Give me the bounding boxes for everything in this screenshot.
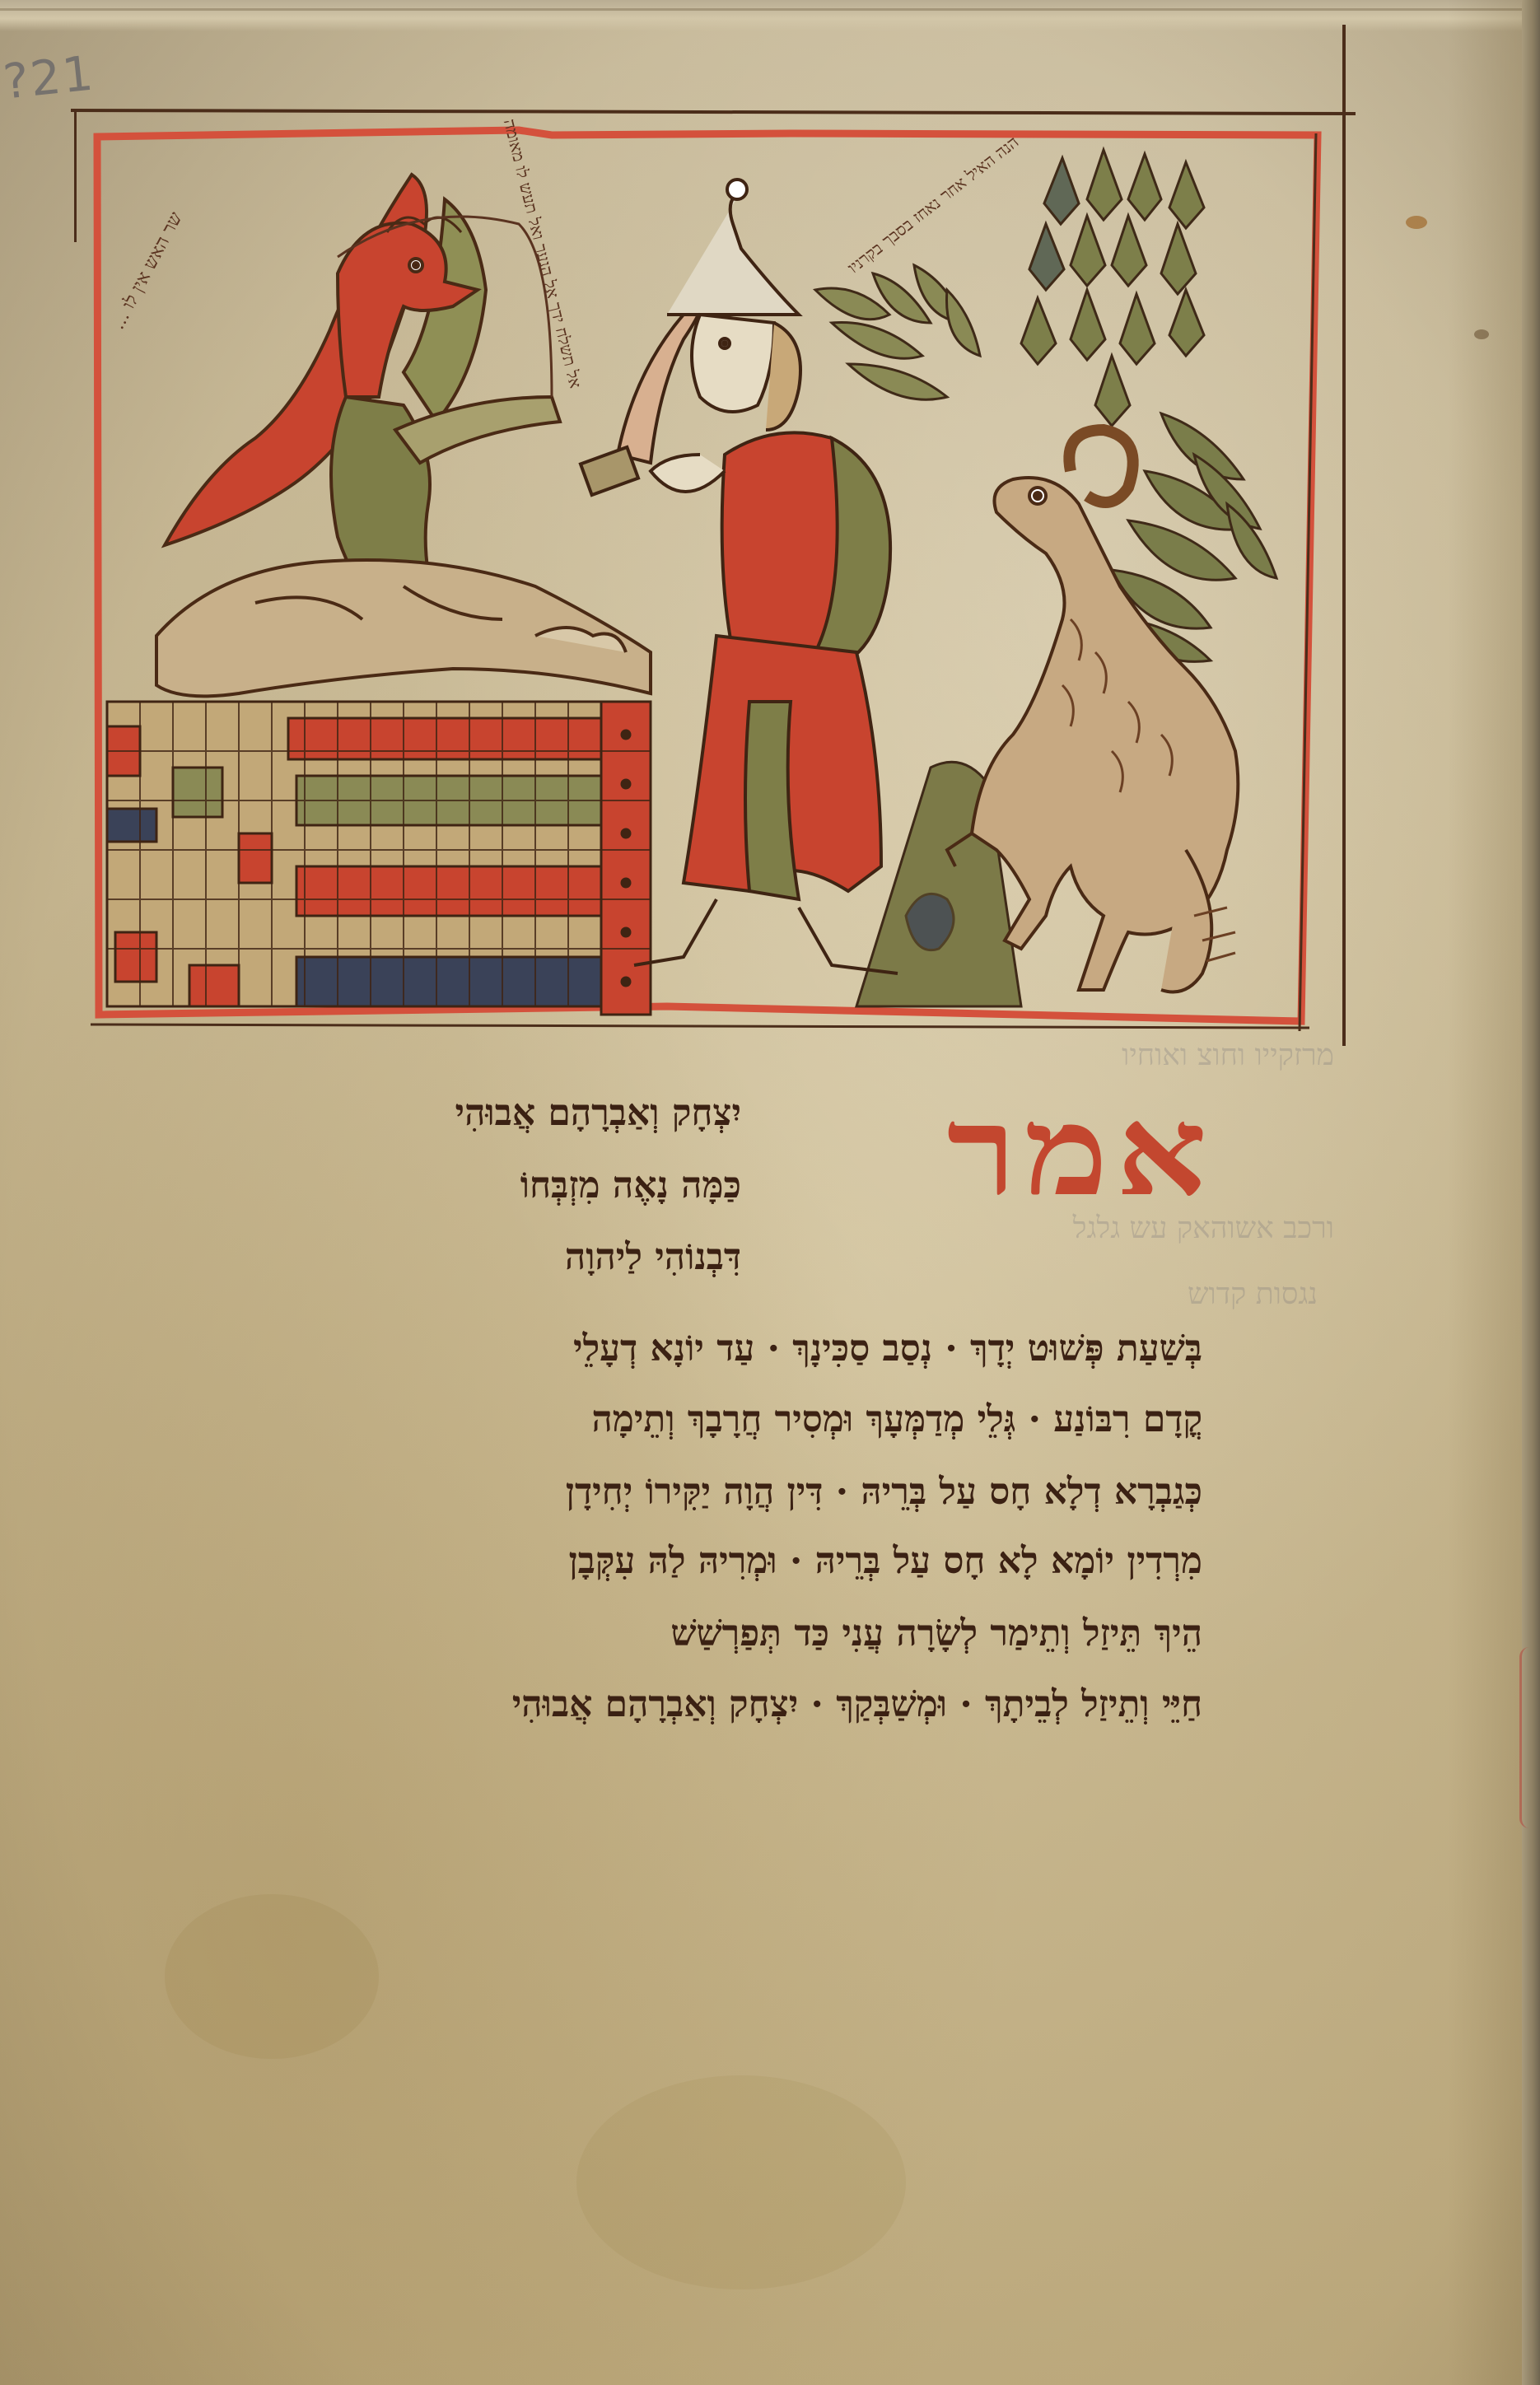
gutter-shadow [1448, 0, 1522, 2385]
show-through-text: מרזקייו וחוצ ואוחיו [988, 1038, 1334, 1072]
altar-icon [107, 702, 651, 1015]
ruling-line-top [71, 109, 1356, 115]
folio-number: ?21 [1, 44, 97, 110]
text-line-8: הֵיךְ תֵּיזַל וְתֵימַר לְשָׂרָה עֲנִי כַ… [198, 1609, 1202, 1659]
binding-gutter [1522, 0, 1540, 2385]
angel-icon [165, 175, 560, 619]
text-line-9: חַיֵּי וְתֵיזַל לְבֵיתָךְ · וּמְשַׁבְּקַ… [198, 1680, 1202, 1729]
stain [576, 2075, 906, 2289]
folio-number-value: 21 [27, 44, 96, 107]
show-through-text: נגסות קדוש [1071, 1277, 1318, 1311]
isaac-icon [156, 560, 651, 696]
stain [165, 1894, 379, 2059]
illumination-akedah: שר האש אין לו ... אל תשלח ידך אל הנער וא… [91, 125, 1330, 1031]
rubric-heading: אמר [741, 1085, 1215, 1217]
text-line-7: מִרְדִין יוֹמָא לָא חָס עַל בְּרֵיהּ · ו… [198, 1537, 1202, 1586]
text-line-4: בְּשַׁעַת פְּשׁוּט יְדָךְ · נְסַב סַכִּי… [198, 1324, 1202, 1374]
page-top-edge [0, 0, 1540, 31]
text-line-6: כְּגַבְרָא דְלָא חָס עַל בְּרֵיהּ · דִּי… [198, 1468, 1202, 1517]
ruling-line-right [1342, 25, 1346, 1046]
stain [1474, 329, 1489, 339]
manuscript-page: ?21 [0, 0, 1540, 2385]
text-line-3: דִּבְנוֹהִי לַיהוָה [198, 1233, 741, 1282]
stain [1406, 216, 1427, 229]
text-line-1: יִצְחָק וְאַבְרָהָם אֲבוּהִי [198, 1089, 741, 1138]
adjacent-folio-flourish [1519, 1647, 1538, 1828]
text-line-5: קֳדָם רִבּוֹנַע · גְּלֵי מְדַמְּעָךְ וּמ… [198, 1395, 1202, 1445]
text-line-2: כַּמָּה נָאֶה מִזְבְּחוֹ [198, 1161, 741, 1211]
ruling-line-left [74, 110, 77, 242]
